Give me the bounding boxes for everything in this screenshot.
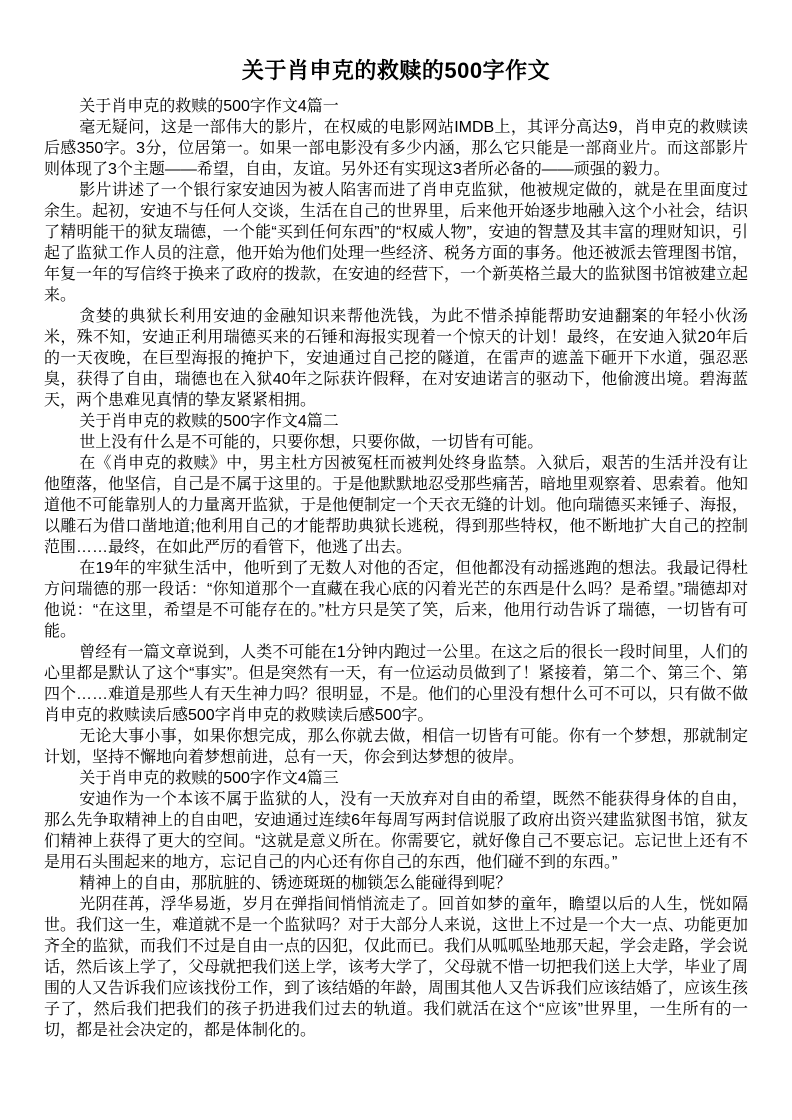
- paragraph: 毫无疑问，这是一部伟大的影片，在权威的电影网站IMDB上，其评分高达9，肖申克的…: [44, 117, 748, 180]
- paragraph: 无论大事小事，如果你想完成，那么你就去做，相信一切皆有可能。你有一个梦想，那就制…: [44, 726, 748, 768]
- document-page: 关于肖申克的救赎的500字作文 关于肖申克的救赎的500字作文4篇一毫无疑问，这…: [0, 0, 792, 1120]
- paragraph: 安迪作为一个本该不属于监狱的人，没有一天放弃对自由的希望，既然不能获得身体的自由…: [44, 789, 748, 873]
- paragraph: 关于肖申克的救赎的500字作文4篇二: [44, 411, 748, 432]
- paragraph: 光阴荏苒，浮华易逝，岁月在弹指间悄悄流走了。回首如梦的童年，瞻望以后的人生，恍如…: [44, 894, 748, 1041]
- paragraph: 在19年的牢狱生活中，他听到了无数人对他的否定，但他都没有动摇逃跑的想法。我最记…: [44, 558, 748, 642]
- paragraph: 在《肖申克的救赎》中，男主杜方因被冤枉而被判处终身监禁。入狱后，艰苦的生活并没有…: [44, 453, 748, 558]
- paragraph: 贪婪的典狱长利用安迪的金融知识来帮他洗钱，为此不惜杀掉能帮助安迪翻案的年轻小伙汤…: [44, 306, 748, 411]
- paragraph: 关于肖申克的救赎的500字作文4篇三: [44, 768, 748, 789]
- paragraph: 精神上的自由，那肮脏的、锈迹斑斑的枷锁怎么能碰得到呢？: [44, 873, 748, 894]
- paragraph: 关于肖申克的救赎的500字作文4篇一: [44, 96, 748, 117]
- document-title: 关于肖申克的救赎的500字作文: [44, 58, 748, 84]
- paragraph: 世上没有什么是不可能的，只要你想，只要你做，一切皆有可能。: [44, 432, 748, 453]
- essay-body: 关于肖申克的救赎的500字作文4篇一毫无疑问，这是一部伟大的影片，在权威的电影网…: [44, 96, 748, 1041]
- paragraph: 影片讲述了一个银行家安迪因为被人陷害而进了肖申克监狱，他被规定做的，就是在里面度…: [44, 180, 748, 306]
- paragraph: 曾经有一篇文章说到，人类不可能在1分钟内跑过一公里。在这之后的很长一段时间里，人…: [44, 642, 748, 726]
